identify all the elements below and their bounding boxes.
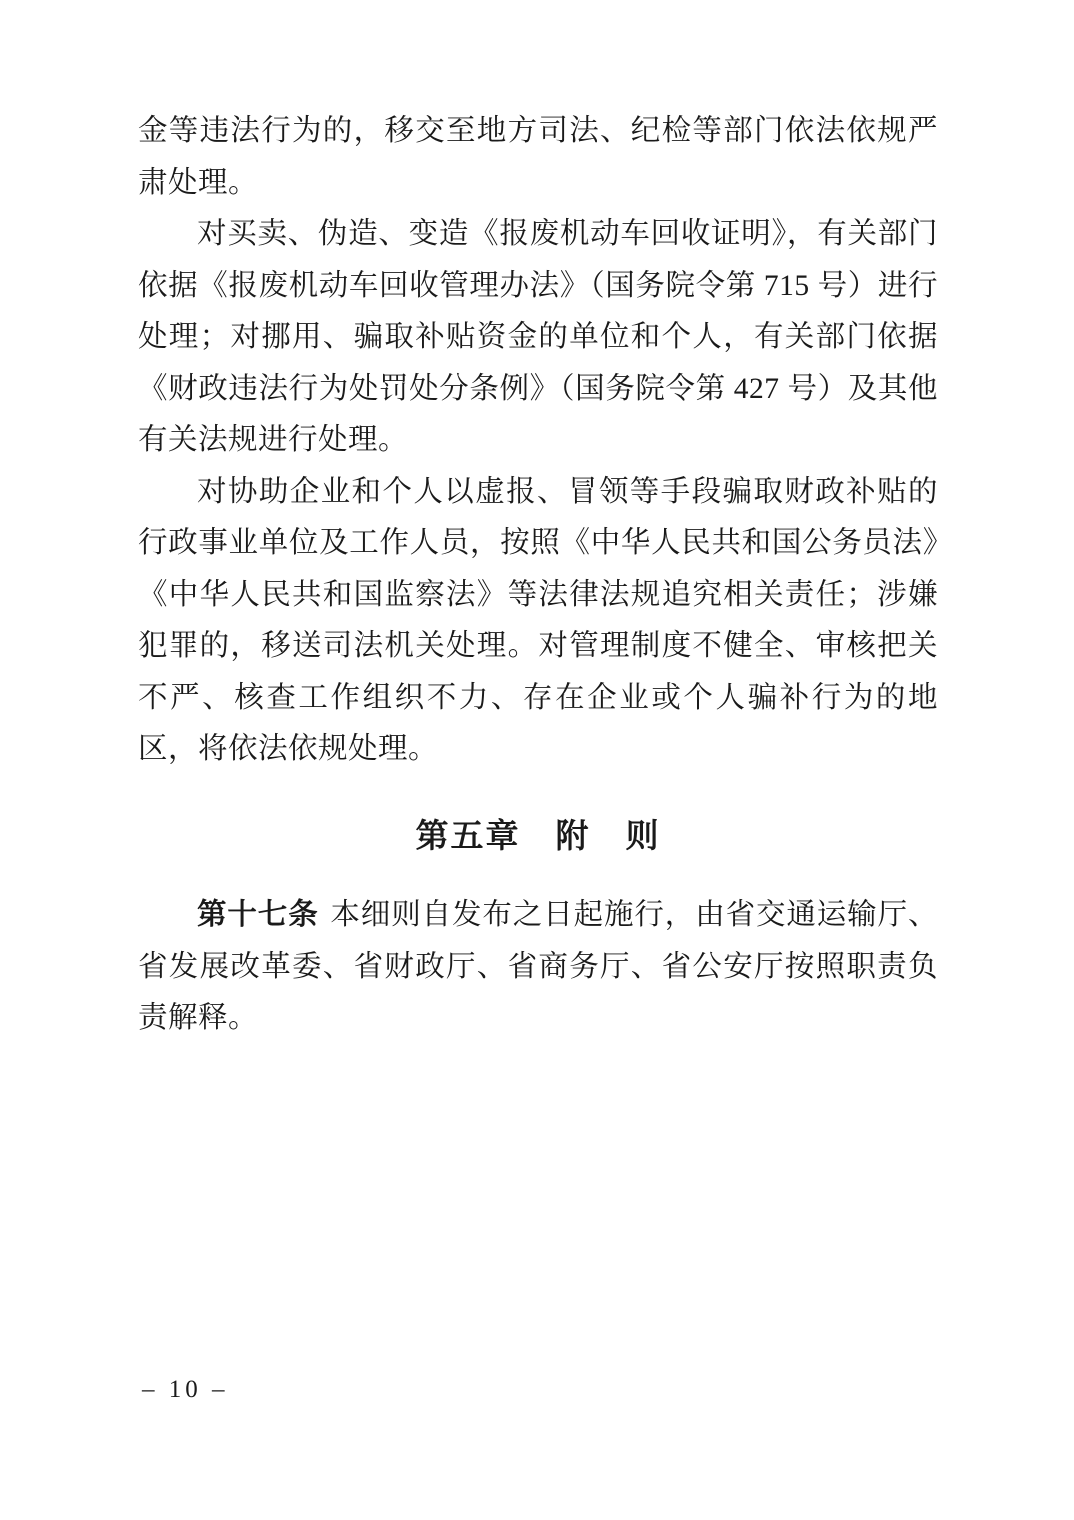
body-paragraph: 对买卖、伪造、变造《报废机动车回收证明》，有关部门依据《报废机动车回收管理办法》… — [138, 209, 938, 467]
body-paragraph: 对协助企业和个人以虚报、冒领等手段骗取财政补贴的行政事业单位及工作人员，按照《中… — [138, 467, 938, 776]
body-paragraph-continuation: 金等违法行为的，移交至地方司法、纪检等部门依法依规严肃处理。 — [138, 106, 938, 209]
article-paragraph: 第十七条本细则自发布之日起施行，由省交通运输厅、省发展改革委、省财政厅、省商务厅… — [138, 890, 938, 1045]
chapter-heading: 第五章 附 则 — [138, 812, 938, 864]
document-body: 金等违法行为的，移交至地方司法、纪检等部门依法依规严肃处理。 对买卖、伪造、变造… — [138, 0, 938, 1045]
article-number-label: 第十七条 — [197, 899, 319, 931]
document-page: 金等违法行为的，移交至地方司法、纪检等部门依法依规严肃处理。 对买卖、伪造、变造… — [0, 0, 1074, 1520]
page-number: – 10 – — [142, 1376, 229, 1404]
